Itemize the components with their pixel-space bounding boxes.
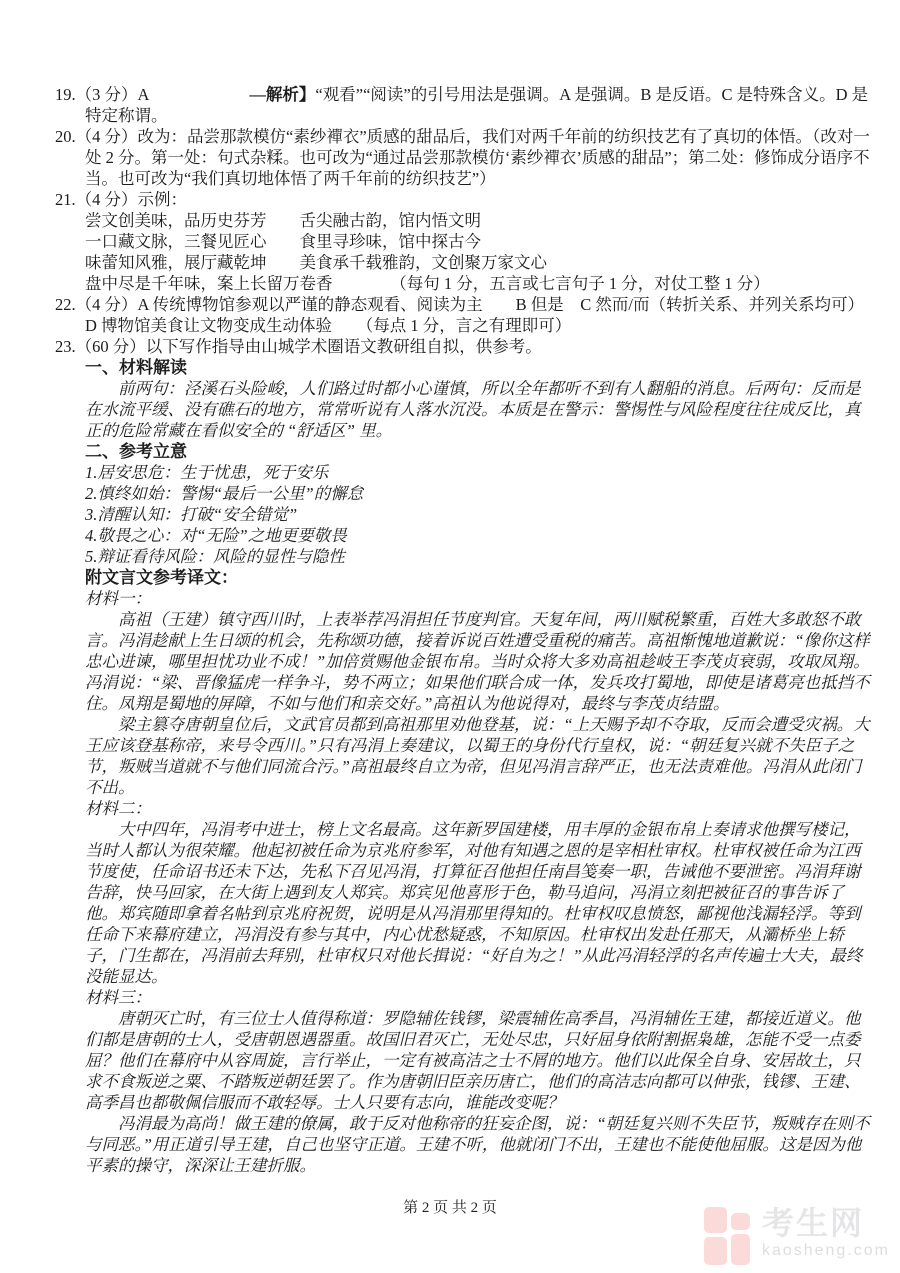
analysis-text: “观看”“阅读”的引号用法是强调。A 是强调。B 是反语。C 是特殊含义。D 是…: [85, 85, 868, 125]
material-1-paragraph-2: 梁主篡夺唐朝皇位后，文武官员都到高祖那里劝他登基，说：“上天赐予却不夺取，反而会…: [85, 714, 875, 798]
material-3-label: 材料三：: [85, 987, 875, 1008]
material-1-paragraph-1: 高祖（王建）镇守西川时，上表举荐冯涓担任节度判官。天复年间，两川赋税繁重，百姓大…: [85, 609, 875, 714]
logo-block: [704, 1237, 727, 1265]
couplet-line-1: 尝文创美味，品历史芬芳 舌尖融古韵，馆内悟文明: [85, 210, 875, 231]
answer-item-22: 22.（4 分）A 传统博物馆参观以严谨的静态观看、阅读为主 B 但是 C 然而…: [85, 294, 875, 336]
intent-point-2: 2.慎终如始：警惕“最后一公里”的懈怠: [85, 483, 875, 504]
answer-19-head: 19.（3 分）A: [55, 85, 149, 104]
answer-20-head: 20.（4 分）: [55, 127, 138, 146]
answer-sheet-page: 19.（3 分）A—解析】“观看”“阅读”的引号用法是强调。A 是强调。B 是反…: [0, 0, 900, 1273]
answer-item-20: 20.（4 分）改为：品尝那款模仿“素纱襌衣”质感的甜品后，我们对两千年前的纺织…: [85, 126, 875, 189]
answer-item-21: 21.（4 分）示例：: [85, 189, 875, 210]
intent-point-3: 3.清醒认知：打破“安全错觉”: [85, 504, 875, 525]
document-content: 19.（3 分）A—解析】“观看”“阅读”的引号用法是强调。A 是强调。B 是反…: [85, 84, 875, 1176]
intent-point-5: 5.辩证看待风险：风险的显性与隐性: [85, 546, 875, 567]
material-interpretation-text: 前两句：泾溪石头险峻，人们路过时都小心谨慎，所以全年都听不到有人翻船的消息。后两…: [85, 378, 875, 441]
material-3-paragraph-2: 冯涓最为高尚！做王建的僚属，敢于反对他称帝的狂妄企图，说：“朝廷复兴则不失臣节，…: [85, 1113, 875, 1176]
page-number-indicator: 第 2 页 共 2 页: [403, 1200, 497, 1216]
answer-22-text: A 传统博物馆参观以严谨的静态观看、阅读为主 B 但是 C 然而/而（转折关系、…: [85, 295, 889, 335]
answer-21-head: 21.（4 分）示例：: [55, 190, 187, 209]
answer-22-head: 22.（4 分）: [55, 295, 138, 314]
section-heading-reference-intents: 二、参考立意: [85, 441, 875, 462]
intent-point-4: 4.敬畏之心：对“无险”之地更要敬畏: [85, 525, 875, 546]
section-heading-material-interpretation: 一、材料解读: [85, 357, 875, 378]
material-2-label: 材料二：: [85, 798, 875, 819]
page-footer: 第 2 页 共 2 页: [0, 1198, 900, 1218]
answer-23-text: 以下写作指导由山城学术圈语文教研组自拟，供参考。: [146, 337, 542, 356]
couplet-line-4: 盘中尽是千年味，案上长留万卷香 （每句 1 分，五言或七言句子 1 分，对仗工整…: [85, 273, 875, 294]
analysis-label: —解析】: [249, 85, 315, 104]
material-1-label: 材料一：: [85, 588, 875, 609]
answer-23-head: 23.（60 分）: [55, 337, 146, 356]
watermark-site-url: kaosheng.com: [762, 1241, 890, 1261]
answer-20-text: 改为：品尝那款模仿“素纱襌衣”质感的甜品后，我们对两千年前的纺织技艺有了真切的体…: [85, 127, 870, 188]
section-heading-translation: 附文言文参考译文：: [85, 567, 875, 588]
material-3-paragraph-1: 唐朝灭亡时，有三位士人值得称道：罗隐辅佐钱镠，梁震辅佐高季昌，冯涓辅佐王建，都接…: [85, 1008, 875, 1113]
answer-item-23: 23.（60 分）以下写作指导由山城学术圈语文教研组自拟，供参考。: [85, 336, 875, 357]
couplet-line-3: 味蕾知风雅，展厅藏乾坤 美食承千载雅韵，文创聚万家文心: [85, 252, 875, 273]
couplet-line-2: 一口藏文脉，三餐见匠心 食里寻珍味，馆中探古今: [85, 231, 875, 252]
answer-item-19: 19.（3 分）A—解析】“观看”“阅读”的引号用法是强调。A 是强调。B 是反…: [85, 84, 875, 126]
material-2-paragraph-1: 大中四年，冯涓考中进士，榜上文名最高。这年新罗国建楼，用丰厚的金银布帛上奏请求他…: [85, 819, 875, 987]
intent-point-1: 1.居安思危：生于忧患，死于安乐: [85, 462, 875, 483]
logo-block: [731, 1234, 750, 1265]
